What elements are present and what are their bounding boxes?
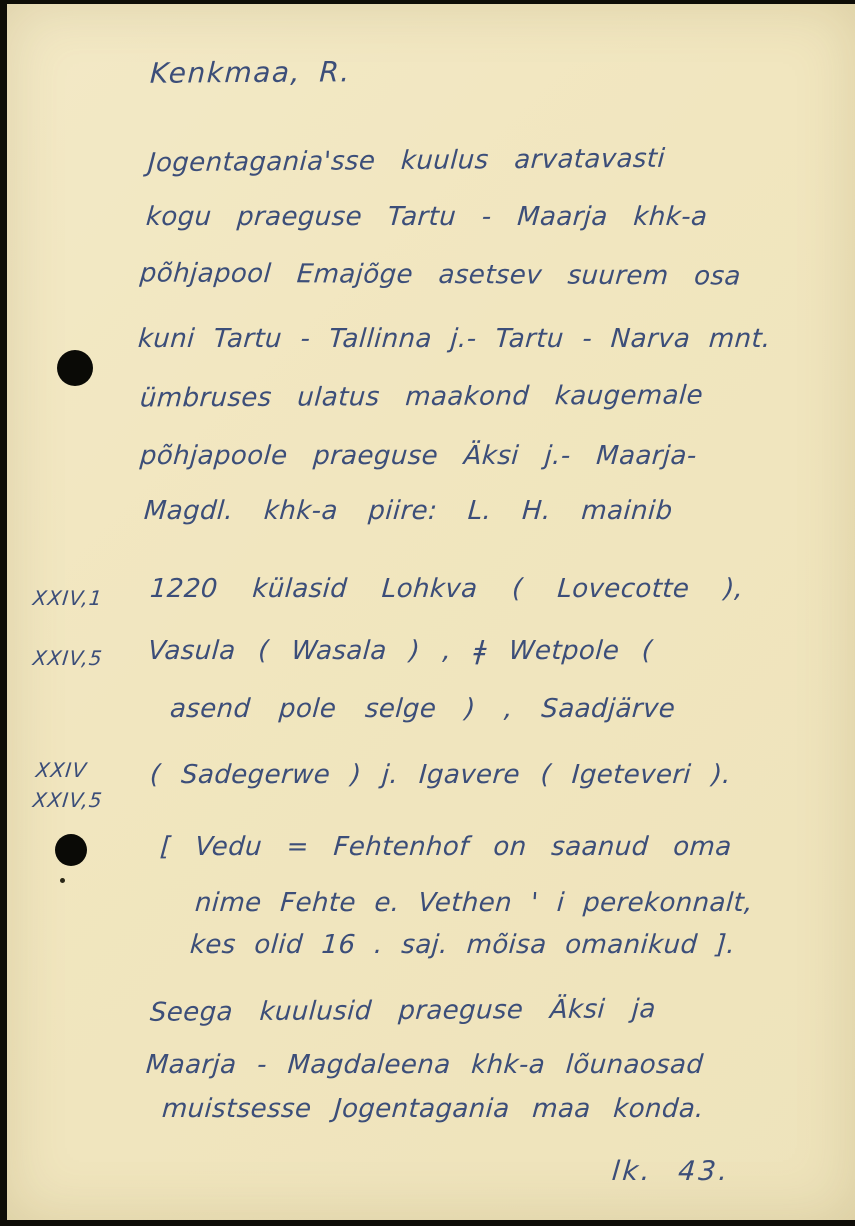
handwritten-line: Magdl. khk-a piire: L. H. mainib — [143, 496, 674, 526]
handwritten-line: asend pole selge ) , Saadjärve — [169, 694, 676, 724]
handwritten-line: Vasula ( Wasala ) , ǂ Wetpole ( — [147, 636, 654, 666]
handwritten-line: kuni Tartu - Tallinna j.- Tartu - Narva … — [137, 324, 772, 354]
handwritten-line: põhjapool Emajõge asetsev suurem osa — [139, 258, 742, 291]
page-number: lk. 43. — [611, 1156, 732, 1187]
handwritten-line: kes olid 16 . saj. mõisa omanikud ]. — [189, 930, 736, 960]
handwritten-line: [ Vedu = Fehtenhof on saanud oma — [159, 832, 733, 862]
ink-speck — [60, 878, 65, 883]
scan-edge-left — [0, 0, 7, 1226]
handwritten-line: Seega kuulusid praeguse Äksi ja — [149, 994, 657, 1028]
handwritten-line: Jogentagania'sse kuulus arvatavasti — [147, 144, 666, 179]
margin-note: XXIV,5 — [32, 788, 104, 812]
hole-punch-bottom — [55, 834, 87, 866]
author-heading: Kenkmaa, R. — [149, 55, 351, 89]
margin-note: XXIV,1 — [32, 586, 104, 610]
handwritten-line: muistsesse Jogentagania maa konda. — [161, 1094, 705, 1124]
handwritten-line: kogu praeguse Tartu - Maarja khk-a — [145, 202, 709, 232]
scan-edge-top — [0, 0, 855, 4]
handwritten-line: ümbruses ulatus maakond kaugemale — [139, 381, 704, 414]
handwritten-line: Maarja - Magdaleena khk-a lõunaosad — [145, 1050, 704, 1080]
scan-edge-bottom — [0, 1220, 855, 1226]
scanned-paper-page: Kenkmaa, R. Jogentagania'sse kuulus arva… — [7, 4, 855, 1220]
handwritten-line: ( Sadegerwe ) j. Igavere ( Igeteveri ). — [149, 760, 732, 790]
handwritten-line: 1220 külasid Lohkva ( Lovecotte ), — [149, 574, 744, 604]
margin-note: XXIV,5 — [32, 646, 104, 670]
margin-note: XXIV — [35, 758, 89, 782]
handwritten-line: põhjapoole praeguse Äksi j.- Maarja- — [139, 441, 698, 471]
hole-punch-top — [57, 350, 93, 386]
handwritten-line: nime Fehte e. Vethen ' i perekonnalt, — [194, 888, 754, 918]
